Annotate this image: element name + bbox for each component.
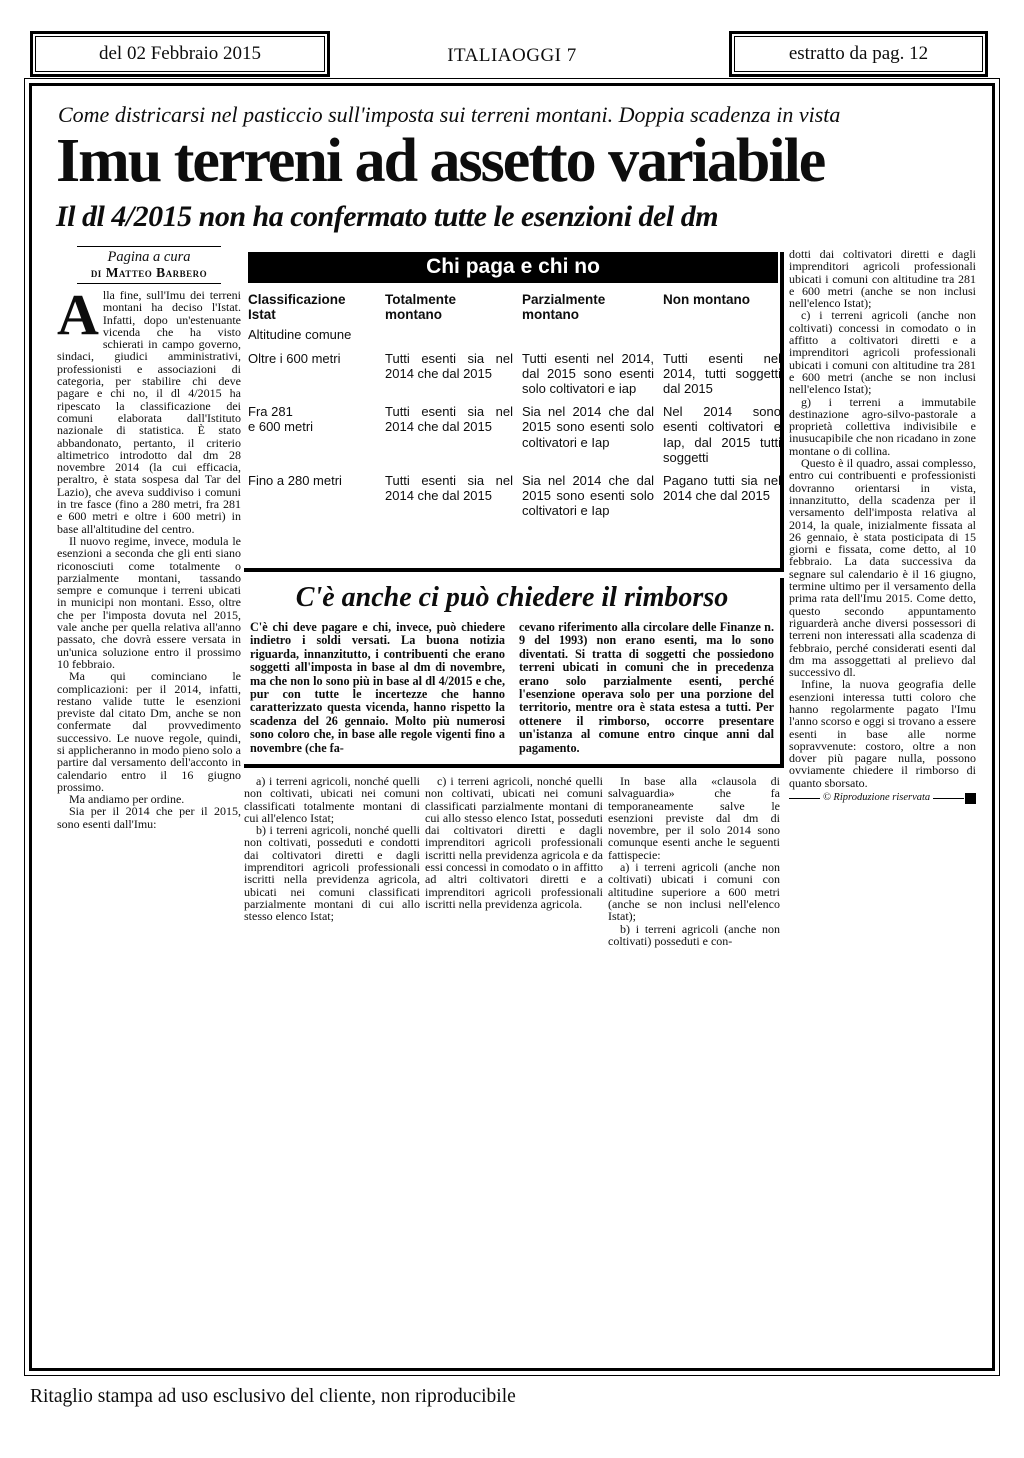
refund-text-right: cevano riferimento alla circolare delle … [519, 621, 774, 755]
body-paragraph: Ma qui cominciano le complicazioni: per … [57, 670, 241, 793]
cell-non-montano: Nel 2014 sono esenti coltivatori e Iap, … [663, 404, 781, 465]
press-clipping-disclaimer: Ritaglio stampa ad uso esclusivo del cli… [30, 1386, 516, 1408]
cell-totalmente: Tutti esenti sia nel 2014 che dal 2015 [385, 404, 513, 465]
article-headline: Imu terreni ad assetto variabile [56, 130, 986, 192]
cell-altitudine: Fra 281 e 600 metri [248, 404, 376, 465]
refund-box: C'è anche ci può chiedere il rimborso C'… [244, 578, 784, 768]
byline-label: Pagina a cura [77, 249, 221, 265]
copyright-signoff: © Riproduzione riservata [789, 792, 976, 804]
refund-box-title: C'è anche ci può chiedere il rimborso [248, 582, 776, 614]
col-header-classificazione: Classificazione Istat Altitudine comune [248, 292, 376, 343]
body-paragraph: Questo è il quadro, assai complesso, ent… [789, 457, 976, 678]
article-frame: Come districarsi nel pasticcio sull'impo… [24, 78, 1000, 1376]
body-paragraph: g) i terreni a immutabile destinazione a… [789, 396, 976, 457]
clipping-page-box: estratto da pag. 12 [729, 31, 988, 77]
cell-parzialmente: Sia nel 2014 che dal 2015 sono esenti so… [522, 473, 654, 519]
newspaper-clipping-page: del 02 Febbraio 2015 ITALIAOGGI 7 estrat… [0, 0, 1024, 1458]
middle-block: Chi paga e chi no Classificazione Istat … [244, 252, 784, 969]
table-row: Oltre i 600 metri Tutti esenti sia nel 2… [248, 351, 778, 397]
column-1-paragraphs: Il nuovo regime, invece, modula le esenz… [57, 535, 241, 830]
column-5-paragraphs: c) i terreni agricoli (anche non coltiva… [789, 309, 976, 789]
signoff-rule-left [789, 798, 820, 799]
article-column-5: dotti dai coltivatori diretti e dagli im… [789, 248, 976, 1048]
signoff-text: © Riproduzione riservata [820, 792, 933, 804]
cell-altitudine: Fino a 280 metri [248, 473, 376, 519]
infobox-table: Classificazione Istat Altitudine comune … [248, 292, 778, 519]
col-header-altitudine: Altitudine comune [248, 327, 376, 342]
list-item: In base alla «clausola di salvaguardia» … [608, 775, 780, 861]
list-column-b: c) i terreni agricoli, nonché quelli non… [425, 775, 603, 969]
article-subhead: Il dl 4/2015 non ha confermato tutte le … [56, 200, 976, 234]
body-paragraph: Infine, la nuova geografia delle esenzio… [789, 678, 976, 789]
article-column-1: Pagina a cura di Matteo Barbero Alla fin… [57, 246, 241, 1056]
byline-author: di Matteo Barbero [77, 265, 221, 280]
list-item: a) i terreni agricoli (anche non coltiva… [608, 861, 780, 922]
clipping-page-text: estratto da pag. 12 [734, 36, 983, 72]
col-header-parzialmente: Parzialmente montano [522, 292, 654, 343]
article-kicker: Come districarsi nel pasticcio sull'impo… [58, 102, 968, 128]
table-row: Fra 281 e 600 metri Tutti esenti sia nel… [248, 404, 778, 465]
byline-block: Pagina a cura di Matteo Barbero [77, 246, 221, 284]
list-item: b) i terreni agricoli (anche non coltiva… [608, 923, 780, 948]
body-paragraph: Sia per il 2014 che per il 2015, sono es… [57, 805, 241, 830]
cell-totalmente: Tutti esenti sia nel 2014 che dal 2015 [385, 473, 513, 519]
body-paragraph: c) i terreni agricoli (anche non coltiva… [789, 309, 976, 395]
infobox-title-bar: Chi paga e chi no [248, 252, 778, 283]
cell-altitudine: Oltre i 600 metri [248, 351, 376, 397]
lead-paragraph: Alla fine, sull'Imu dei terreni montani … [57, 289, 241, 535]
end-square-icon [965, 793, 976, 804]
body-paragraph: Il nuovo regime, invece, modula le esenz… [57, 535, 241, 670]
list-item: a) i terreni agricoli, nonché quelli non… [244, 775, 420, 824]
article-frame-inner: Come districarsi nel pasticcio sull'impo… [29, 83, 995, 1371]
list-item: c) i terreni agricoli, nonché quelli non… [425, 775, 603, 910]
list-column-c: In base alla «clausola di salvaguardia» … [608, 775, 780, 969]
list-item: b) i terreni agricoli, nonché quelli non… [244, 824, 420, 922]
drop-cap: A [57, 289, 103, 339]
cell-non-montano: Pagano tutti sia nel 2014 che dal 2015 [663, 473, 781, 519]
refund-box-columns: C'è chi deve pagare e chi, invece, può c… [248, 621, 776, 755]
who-pays-infobox: Chi paga e chi no Classificazione Istat … [244, 252, 784, 572]
continuation-paragraph: dotti dai coltivatori diretti e dagli im… [789, 248, 976, 309]
signoff-rule-right [933, 798, 964, 799]
col-header-non-montano: Non montano [663, 292, 781, 343]
table-row: Fino a 280 metri Tutti esenti sia nel 20… [248, 473, 778, 519]
cell-non-montano: Tutti esenti nel 2014, tutti soggetti da… [663, 351, 781, 397]
refund-text-left: C'è chi deve pagare e chi, invece, può c… [250, 621, 505, 755]
col-header-totalmente: Totalmente montano [385, 292, 513, 343]
cell-totalmente: Tutti esenti sia nel 2014 che dal 2015 [385, 351, 513, 397]
exemption-lists: a) i terreni agricoli, nonché quelli non… [244, 775, 784, 969]
cell-parzialmente: Sia nel 2014 che dal 2015 sono esenti so… [522, 404, 654, 465]
infobox-table-body: Oltre i 600 metri Tutti esenti sia nel 2… [248, 351, 778, 519]
infobox-table-header-row: Classificazione Istat Altitudine comune … [248, 292, 778, 343]
cell-parzialmente: Tutti esenti nel 2014, dal 2015 sono ese… [522, 351, 654, 397]
list-column-a: a) i terreni agricoli, nonché quelli non… [244, 775, 420, 969]
